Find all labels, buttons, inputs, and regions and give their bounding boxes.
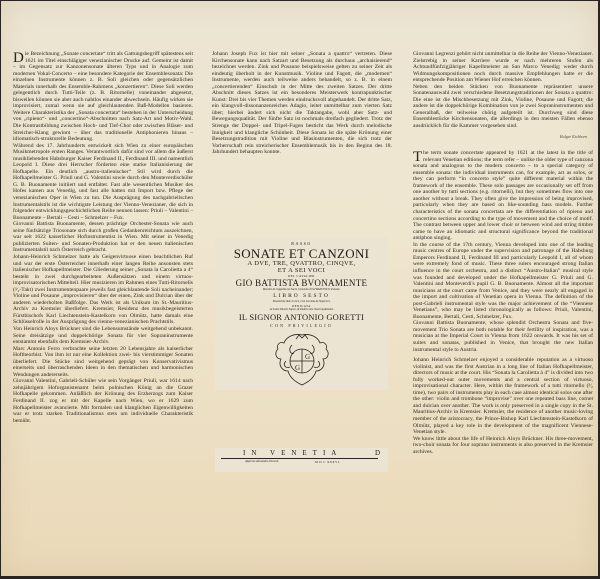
title-dedicatee: IL SIGNOR ANTONIO GORETTI xyxy=(215,312,388,322)
title-printer: Appresso Alessandro Vincenti. xyxy=(245,460,279,463)
german-text-column-left: Die Bezeichnung „Sonate concertate“ trit… xyxy=(13,51,193,424)
title-page-facsimile: BASSO SONATE ET CANZONI A DVE, TRE, QVAT… xyxy=(215,237,388,390)
title-subtitle-1: A DVE, TRE, QVATTRO, CINQVE, xyxy=(215,260,388,267)
imprint-rule xyxy=(221,458,378,459)
coat-of-arms-icon: G G xyxy=(272,331,332,389)
paragraph: Marc Antonio Ferro verbrachte seine letz… xyxy=(13,346,193,379)
title-subtitle-2: ET A SEI VOCI xyxy=(215,267,388,274)
title-imprint: IN VENETIA D Appresso Alessandro Vincent… xyxy=(215,448,388,472)
paragraph: In the course of the 17th century, Vienn… xyxy=(413,242,593,321)
paragraph: Von Heinrich Aloys Brückner sind die Leb… xyxy=(13,326,193,346)
paragraph: The term sonate concertate appeared by 1… xyxy=(413,150,593,242)
title-main: SONATE ET CANZONI xyxy=(215,247,388,260)
author-signature: Holger Eichhorn xyxy=(413,134,587,141)
title-year: M D C XXXVI. xyxy=(315,460,341,464)
paragraph: Neben den beiden Stücken von Buonamente … xyxy=(413,84,593,130)
paragraph: Während des 17. Jahrhunderts entwickelt … xyxy=(13,143,193,222)
crest-initial: G xyxy=(305,353,310,361)
german-text-column-middle: Johann Joseph Fux ist hier mit seiner „S… xyxy=(212,51,392,156)
paragraph: Johann Joseph Fux ist hier mit seiner „S… xyxy=(212,51,392,156)
paragraph: Giovanni Battista Buonamente, whose sple… xyxy=(413,320,593,353)
drop-cap: T xyxy=(413,151,422,163)
title-place-mark: D xyxy=(375,449,380,457)
paragraph: Johann-Heinrich Schmelzer hatte als Geig… xyxy=(13,254,193,326)
text-column-right: Giovanni Legrenzi gehört nicht unmittelb… xyxy=(413,51,593,455)
paragraph: We know little about the life of Heinric… xyxy=(413,436,593,456)
title-privilege: CON PRIVILEGIO xyxy=(215,322,388,329)
paragraph: Giovanni Battista Buonamente, dessen prä… xyxy=(13,221,193,254)
title-place: IN VENETIA xyxy=(243,449,342,457)
paragraph: Johann Heinrich Schmelzer enjoyed a cons… xyxy=(413,357,593,436)
booklet-page: Die Bezeichnung „Sonate concertate“ trit… xyxy=(1,1,598,576)
paragraph: Giovanni Legrenzi gehört nicht unmittelb… xyxy=(413,51,593,84)
title-book: LIBRO SESTO xyxy=(215,292,388,300)
paragraph: Giovanni Valentini, Gabrieli-Schüler wie… xyxy=(13,378,193,424)
crest-initial: G xyxy=(295,364,300,372)
title-author: GIO BATTISTA BVONAMENTE xyxy=(215,278,388,288)
paragraph: Die Bezeichnung „Sonate concertate“ trit… xyxy=(13,51,193,143)
drop-cap: D xyxy=(13,52,24,64)
